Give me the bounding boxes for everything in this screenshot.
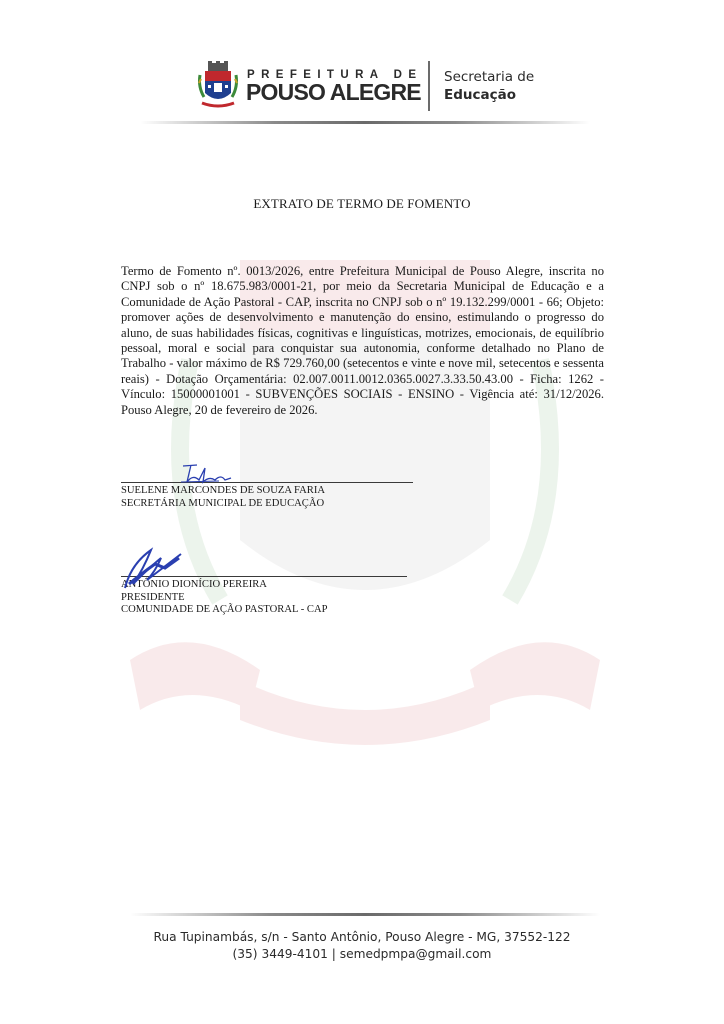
coat-of-arms-icon [196,61,240,111]
signature-scribble-icon [121,544,191,594]
brand-main-text: POUSO ALEGRE [246,79,421,106]
department-line-2: Educação [444,87,516,103]
header-divider [428,61,430,111]
letterhead: PREFEITURA DE POUSO ALEGRE Secretaria de… [0,55,724,125]
footer-contact: (35) 3449-4101 | semedpmpa@gmail.com [0,947,724,961]
signature-scribble-icon [179,462,239,486]
signature-block-secretary: SUELENE MARCONDES DE SOUZA FARIA SECRETÁ… [121,458,413,510]
signatory-organization: COMUNIDADE DE AÇÃO PASTORAL - CAP [121,604,407,617]
footer-address: Rua Tupinambás, s/n - Santo Antônio, Pou… [0,930,724,944]
signature-block-president: ANTÔNIO DIONÍCIO PEREIRA PRESIDENTE COMU… [121,544,407,617]
signature-line [121,482,413,483]
signatory-name: SUELENE MARCONDES DE SOUZA FARIA [121,485,413,498]
department-line-1: Secretaria de [444,69,534,85]
document-title: EXTRATO DE TERMO DE FOMENTO [0,196,724,212]
footer-rule [130,913,600,916]
signatory-role: SECRETÁRIA MUNICIPAL DE EDUCAÇÃO [121,498,413,511]
header-rule [140,121,590,124]
document-body: Termo de Fomento nº. 0013/2026, entre Pr… [121,264,604,418]
